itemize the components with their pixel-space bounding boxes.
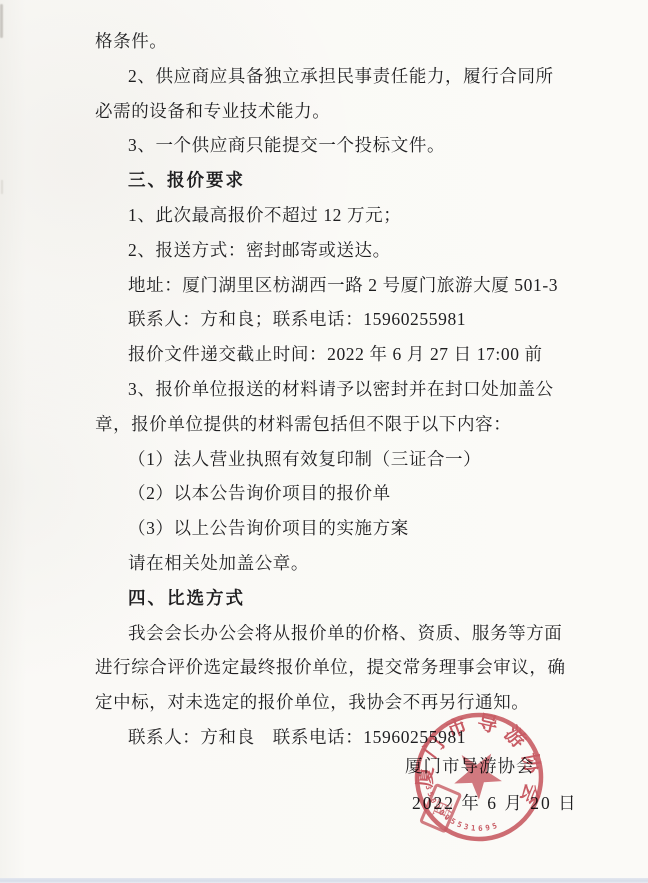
text-line: （3）以上公告询价项目的实施方案: [95, 511, 565, 546]
text-line: 3、报价单位报送的材料请予以密封并在封口处加盖公: [95, 372, 565, 407]
text-line: （2）以本公告询价项目的报价单: [95, 476, 565, 511]
text-line: 我会会长办公会将从报价单的价格、资质、服务等方面: [95, 616, 565, 651]
scan-artifact: [1, 180, 3, 194]
document-body: 格条件。2、供应商应具备独立承担民事责任能力，履行合同所必需的设备和专业技术能力…: [95, 24, 565, 755]
text-line: 2、报送方式：密封邮寄或送达。: [95, 233, 565, 268]
text-line: 3、一个供应商只能提交一个投标文件。: [95, 128, 565, 163]
scan-edge-strip: [0, 878, 648, 883]
text-line: 格条件。: [95, 24, 565, 59]
text-line: 联系人：方和良；联系电话：15960255981: [95, 302, 565, 337]
text-line: 2、供应商应具备独立承担民事责任能力，履行合同所: [95, 59, 565, 94]
text-line: 地址：厦门湖里区枋湖西一路 2 号厦门旅游大厦 501-3: [95, 268, 565, 303]
text-line: 四、比选方式: [95, 581, 565, 616]
scan-artifact: [0, 4, 3, 38]
text-line: 报价文件递交截止时间：2022 年 6 月 27 日 17:00 前: [95, 337, 565, 372]
signature-org: 厦门市导游协会: [405, 753, 535, 778]
text-line: 章，报价单位提供的材料需包括但不限于以下内容：: [95, 407, 565, 442]
signature-date: 2022 年 6 月 20 日: [412, 790, 578, 815]
text-line: 1、此次最高报价不超过 12 万元；: [95, 198, 565, 233]
text-line: （1）法人营业执照有效复印制（三证合一）: [95, 442, 565, 477]
text-line: 联系人：方和良 联系电话：15960255981: [95, 720, 565, 755]
text-line: 必需的设备和专业技术能力。: [95, 94, 565, 129]
text-line: 进行综合评价选定最终报价单位，提交常务理事会审议，确: [95, 650, 565, 685]
document-page: 格条件。2、供应商应具备独立承担民事责任能力，履行合同所必需的设备和专业技术能力…: [0, 0, 648, 883]
text-line: 定中标，对未选定的报价单位，我协会不再另行通知。: [95, 685, 565, 720]
text-line: 三、报价要求: [95, 163, 565, 198]
text-line: 请在相关处加盖公章。: [95, 546, 565, 581]
